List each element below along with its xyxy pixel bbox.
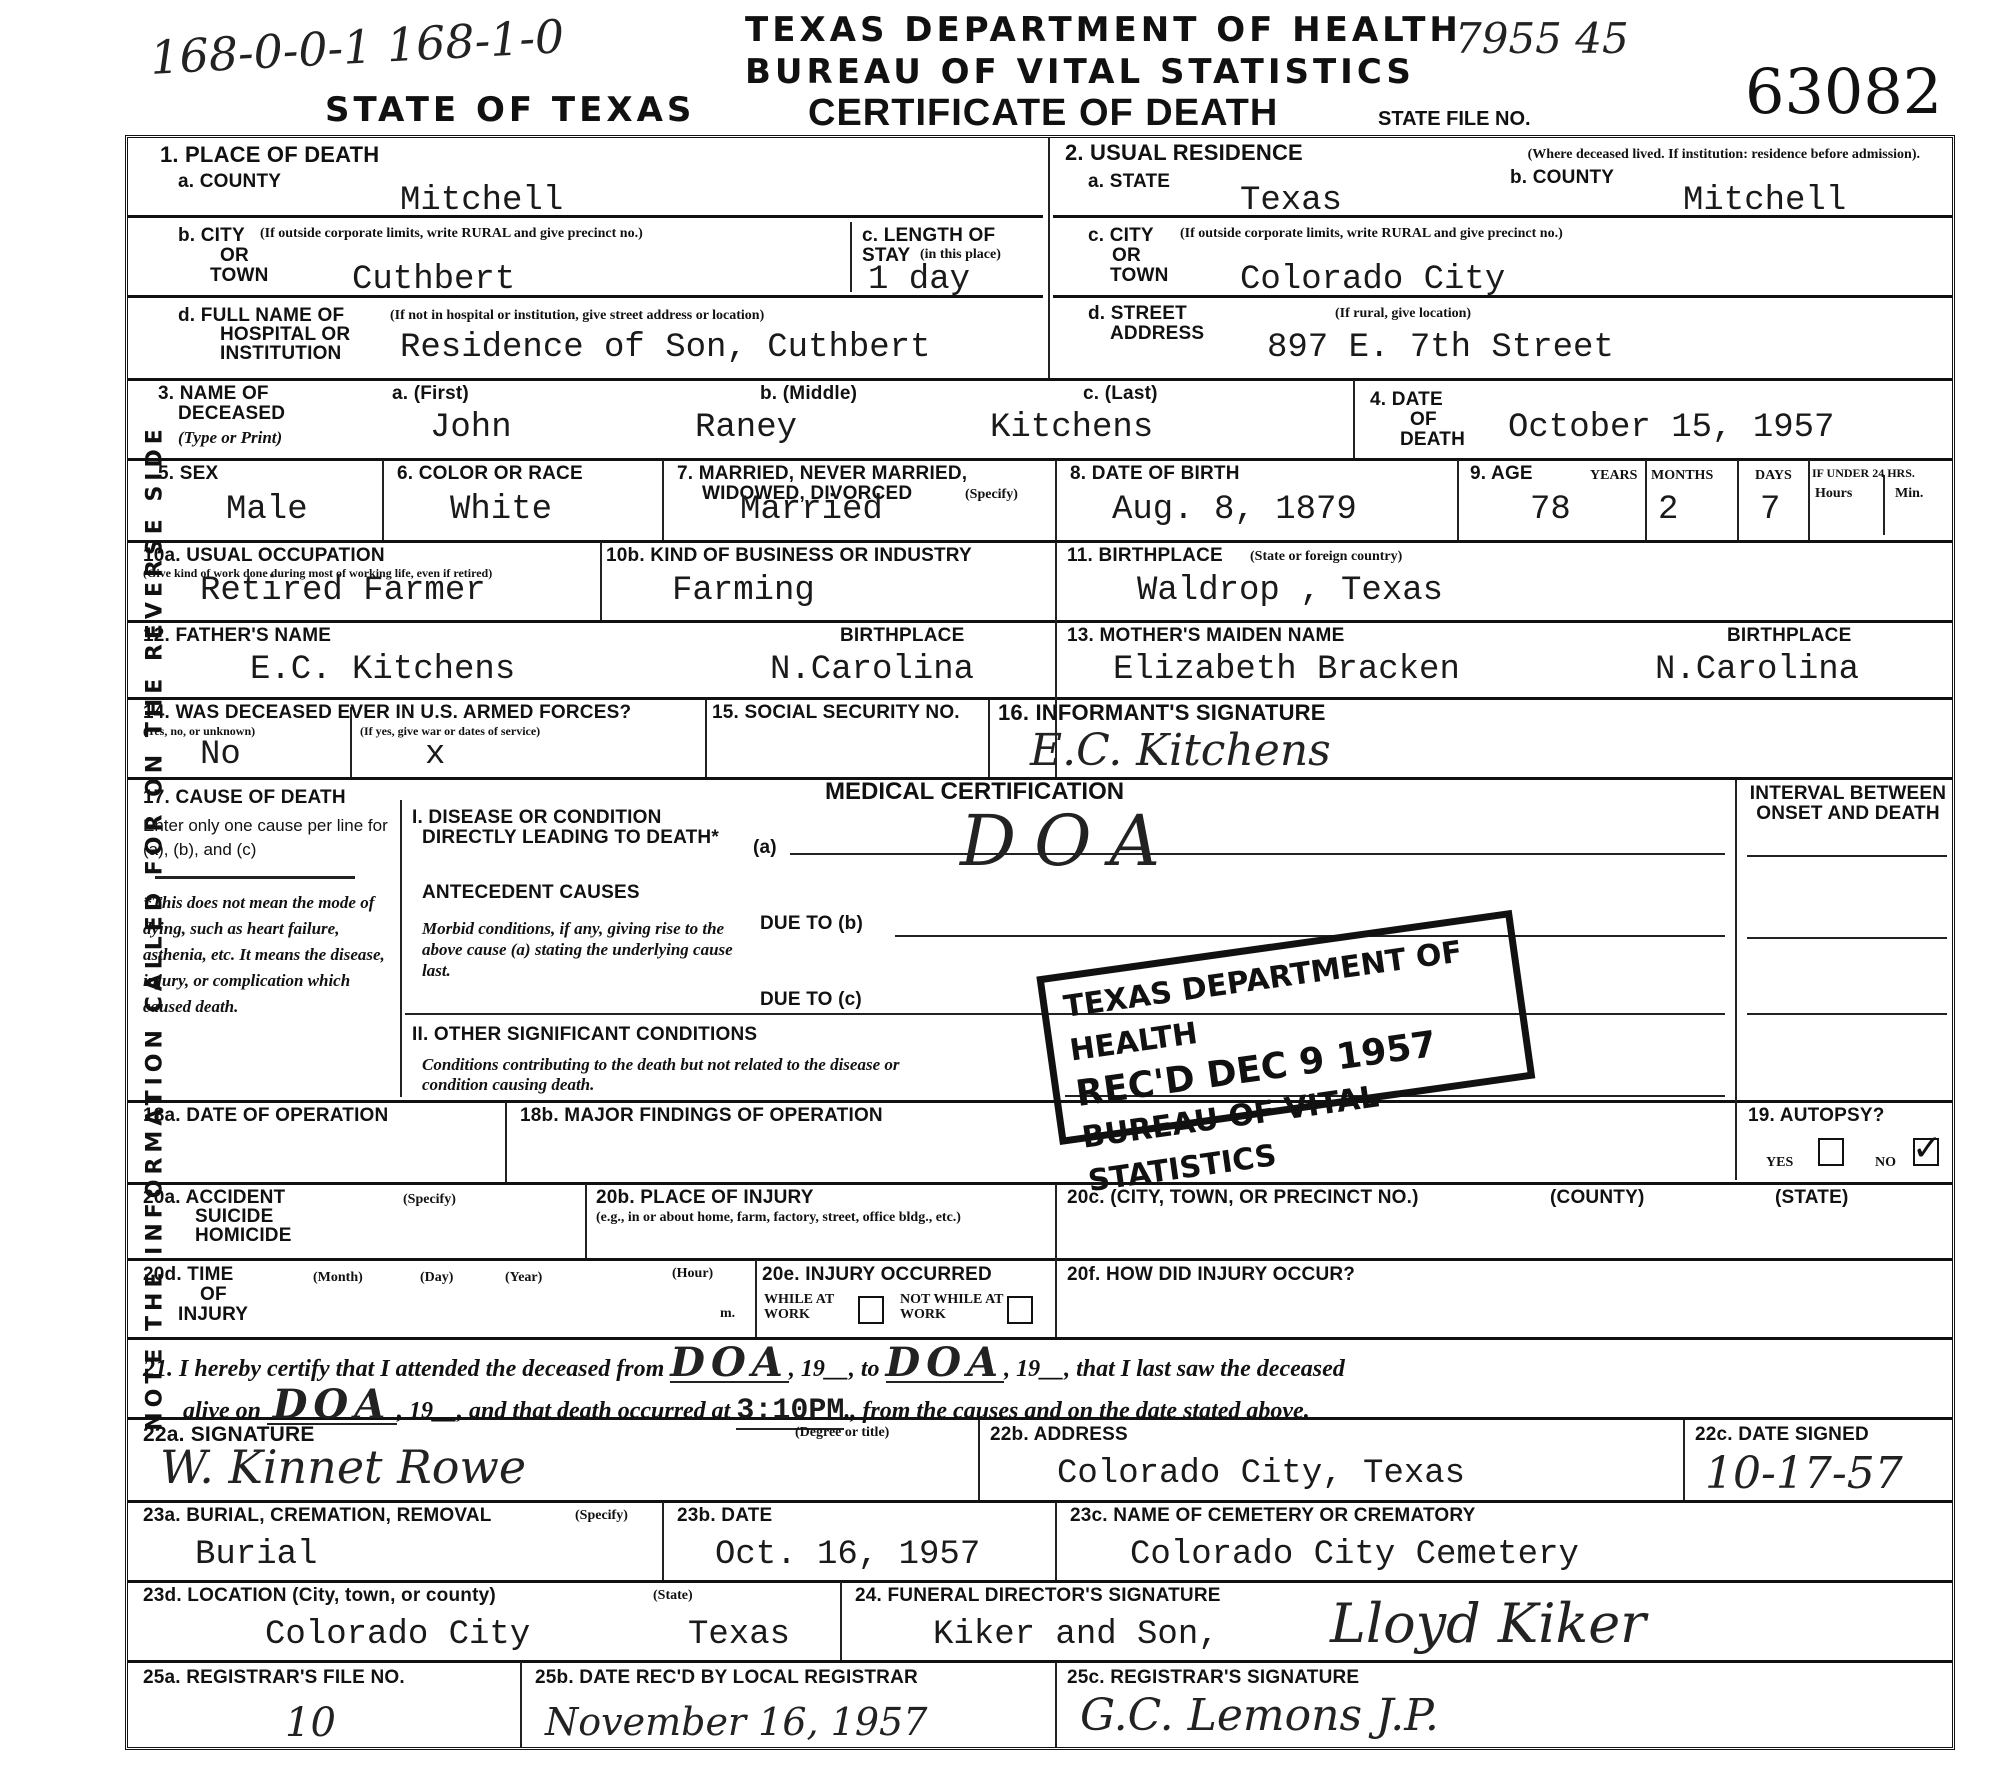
mother-name-value[interactable]: Elizabeth Bracken: [1113, 652, 1460, 688]
date-received-label: 25b. DATE REC'D BY LOCAL REGISTRAR: [535, 1668, 918, 1688]
age-months-value[interactable]: 2: [1658, 492, 1678, 528]
certify-text-6: alive on: [183, 1398, 261, 1424]
deceased-label-3: (Type or Print): [178, 428, 282, 448]
armed-forces-label: 14. WAS DECEASED EVER IN U.S. ARMED FORC…: [143, 703, 631, 723]
res-state-value[interactable]: Texas: [1240, 183, 1342, 219]
usual-residence-label: 2. USUAL RESIDENCE: [1065, 143, 1303, 163]
sex-value[interactable]: Male: [226, 492, 308, 528]
burial-date-value[interactable]: Oct. 16, 1957: [715, 1537, 980, 1573]
first-name-label: a. (First): [392, 384, 469, 404]
date-of-death-label-3: DEATH: [1400, 430, 1465, 450]
under-24-label: IF UNDER 24 HRS.: [1812, 466, 1915, 481]
funeral-director-value[interactable]: Kiker and Son,: [933, 1617, 1219, 1653]
accident-label: 20a. ACCIDENT: [143, 1188, 285, 1208]
autopsy-label: 19. AUTOPSY?: [1748, 1106, 1885, 1126]
certify-text-2: , 19: [789, 1356, 825, 1382]
due-to-b-label: DUE TO (b): [760, 914, 863, 934]
operation-date-label: 18a. DATE OF OPERATION: [143, 1106, 388, 1126]
registrar-file-label: 25a. REGISTRAR'S FILE NO.: [143, 1668, 405, 1688]
hospital-note: (If not in hospital or institution, give…: [390, 308, 764, 323]
mother-birthplace-label: BIRTHPLACE: [1727, 626, 1851, 646]
injury-time-label-3: INJURY: [178, 1305, 248, 1325]
accident-specify: (Specify): [403, 1192, 456, 1207]
hospital-label-3: INSTITUTION: [220, 344, 341, 364]
ssn-label: 15. SOCIAL SECURITY NO.: [712, 703, 960, 723]
autopsy-no-label: NO: [1875, 1155, 1896, 1170]
pod-city-note: (If outside corporate limits, write RURA…: [260, 226, 835, 241]
attended-to-value[interactable]: DOA: [886, 1345, 1005, 1383]
degree-label: (Degree or title): [795, 1425, 889, 1440]
date-of-death-label-2: OF: [1410, 410, 1437, 430]
other-conditions-note: Conditions contributing to the death but…: [422, 1055, 902, 1095]
res-city-value[interactable]: Colorado City: [1240, 262, 1505, 298]
interval-label: INTERVAL BETWEEN ONSET AND DEATH: [1748, 784, 1948, 824]
age-label: 9. AGE: [1470, 464, 1533, 484]
disease-label-2: DIRECTLY LEADING TO DEATH*: [422, 828, 719, 848]
birthplace-value[interactable]: Waldrop , Texas: [1137, 573, 1443, 609]
certify-text-3: , to: [849, 1356, 880, 1382]
other-conditions-label: II. OTHER SIGNIFICANT CONDITIONS: [412, 1025, 757, 1045]
pod-city-label: b. CITY: [178, 226, 245, 246]
cause-a-label: (a): [753, 838, 777, 858]
certify-text-8: , and that death occurred at: [457, 1398, 730, 1424]
last-name-label: c. (Last): [1083, 384, 1158, 404]
last-name-value[interactable]: Kitchens: [990, 410, 1153, 446]
cause-a-value[interactable]: DOA: [960, 800, 1178, 882]
date-received-value[interactable]: November 16, 1957: [545, 1700, 927, 1744]
burial-state-value[interactable]: Texas: [688, 1617, 790, 1653]
physician-address-label: 22b. ADDRESS: [990, 1425, 1128, 1445]
father-name-value[interactable]: E.C. Kitchens: [250, 652, 515, 688]
age-years-label: YEARS: [1590, 468, 1637, 483]
pod-city-value[interactable]: Cuthbert: [352, 262, 515, 298]
injury-day-label: (Day): [420, 1270, 453, 1285]
father-birthplace-label: BIRTHPLACE: [840, 626, 964, 646]
injury-city-label: 20c. (CITY, TOWN, OR PRECINCT NO.): [1067, 1188, 1419, 1208]
disease-label: I. DISEASE OR CONDITION: [412, 808, 662, 828]
birthplace-label: 11. BIRTHPLACE: [1067, 546, 1223, 566]
state-title: STATE OF TEXAS: [325, 90, 695, 130]
injury-county-label: (COUNTY): [1550, 1188, 1644, 1208]
res-city-label: c. CITY: [1088, 226, 1154, 246]
middle-name-label: b. (Middle): [760, 384, 857, 404]
service-value[interactable]: x: [425, 737, 445, 773]
armed-forces-value[interactable]: No: [200, 737, 241, 773]
date-of-death-value[interactable]: October 15, 1957: [1508, 410, 1834, 446]
not-while-at-work-checkbox[interactable]: [1007, 1296, 1033, 1324]
min-label: Min.: [1895, 486, 1923, 501]
res-state-label: a. STATE: [1088, 172, 1170, 192]
cause-footnote: *This does not mean the mode of dying, s…: [143, 890, 388, 1020]
homicide-label: HOMICIDE: [195, 1226, 292, 1246]
informant-signature-label: 16. INFORMANT'S SIGNATURE: [998, 703, 1326, 723]
funeral-director-label: 24. FUNERAL DIRECTOR'S SIGNATURE: [855, 1586, 1221, 1606]
business-value[interactable]: Farming: [672, 573, 815, 609]
cause-of-death-label: 17. CAUSE OF DEATH: [143, 788, 346, 808]
injury-place-label: 20b. PLACE OF INJURY: [596, 1188, 814, 1208]
hours-label: Hours: [1815, 486, 1852, 501]
business-label: 10b. KIND OF BUSINESS OR INDUSTRY: [606, 546, 972, 566]
physician-signature[interactable]: W. Kinnet Rowe: [160, 1440, 526, 1494]
while-at-work-label: WHILE AT WORK: [764, 1292, 854, 1322]
first-name-value[interactable]: John: [430, 410, 512, 446]
cemetery-value[interactable]: Colorado City Cemetery: [1130, 1537, 1579, 1573]
service-note: (If yes, give war or dates of service): [360, 724, 540, 739]
autopsy-no-checkmark: ✓: [1912, 1128, 1942, 1169]
physician-address-value[interactable]: Colorado City, Texas: [1057, 1456, 1465, 1492]
pod-city-or: OR: [220, 246, 249, 266]
length-of-stay-value[interactable]: 1 day: [868, 262, 970, 298]
burial-value[interactable]: Burial: [195, 1537, 317, 1573]
pod-county-value[interactable]: Mitchell: [400, 183, 563, 219]
marital-value[interactable]: Married: [740, 492, 883, 528]
age-months-label: MONTHS: [1651, 468, 1713, 483]
mother-name-label: 13. MOTHER'S MAIDEN NAME: [1067, 626, 1344, 646]
age-days-label: DAYS: [1755, 468, 1792, 483]
injury-m-label: m.: [720, 1306, 735, 1321]
marital-specify: (Specify): [965, 487, 1018, 502]
registrar-file-value[interactable]: 10: [285, 1700, 336, 1746]
father-name-label: 12. FATHER'S NAME: [143, 626, 331, 646]
cause-instructions: Enter only one cause per line for (a), (…: [143, 814, 388, 862]
attended-from-value[interactable]: DOA: [670, 1345, 789, 1383]
injury-time-label: 20d. TIME: [143, 1265, 233, 1285]
race-value[interactable]: White: [450, 492, 552, 528]
injury-occurred-label: 20e. INJURY OCCURRED: [762, 1265, 992, 1285]
marital-label: 7. MARRIED, NEVER MARRIED,: [677, 464, 967, 484]
age-years-value[interactable]: 78: [1530, 492, 1571, 528]
department-title: TEXAS DEPARTMENT OF HEALTH: [745, 10, 1462, 50]
pod-city-town: TOWN: [210, 266, 269, 286]
burial-specify: (Specify): [575, 1508, 628, 1523]
res-street-value[interactable]: 897 E. 7th Street: [1267, 330, 1614, 366]
due-to-c-label: DUE TO (c): [760, 990, 862, 1010]
mother-birthplace-value[interactable]: N.Carolina: [1655, 652, 1859, 688]
alive-on-value[interactable]: DOA: [267, 1387, 397, 1425]
injury-state-label: (STATE): [1775, 1188, 1849, 1208]
operation-findings-label: 18b. MAJOR FINDINGS OF OPERATION: [520, 1106, 883, 1126]
injury-place-note: (e.g., in or about home, farm, factory, …: [596, 1210, 1036, 1225]
deceased-label-2: DECEASED: [178, 404, 285, 424]
bureau-title: BUREAU OF VITAL STATISTICS: [745, 52, 1415, 92]
hospital-value[interactable]: Residence of Son, Cuthbert: [400, 330, 931, 366]
certify-text-4: , 19: [1004, 1356, 1040, 1382]
res-city-note: (If outside corporate limits, write RURA…: [1180, 226, 1563, 241]
hospital-label: d. FULL NAME OF: [178, 306, 344, 326]
sex-label: 5. SEX: [158, 464, 218, 484]
handwritten-code-left: 168-0-0-1 168-1-0: [149, 9, 566, 85]
burial-location-label: 23d. LOCATION (City, town, or county): [143, 1586, 496, 1606]
cemetery-label: 23c. NAME OF CEMETERY OR CREMATORY: [1070, 1506, 1476, 1526]
informant-signature[interactable]: E.C. Kitchens: [1030, 725, 1331, 776]
father-birthplace-value[interactable]: N.Carolina: [770, 652, 974, 688]
res-county-value[interactable]: Mitchell: [1683, 183, 1846, 219]
injury-month-label: (Month): [313, 1270, 363, 1285]
funeral-director-signature[interactable]: Lloyd Kiker: [1330, 1592, 1646, 1655]
burial-location-value[interactable]: Colorado City: [265, 1617, 530, 1653]
certificate-title: CERTIFICATE OF DEATH: [808, 92, 1278, 135]
res-city-town: TOWN: [1110, 266, 1169, 286]
certify-text-1: 21. I hereby certify that I attended the…: [143, 1356, 664, 1382]
dob-label: 8. DATE OF BIRTH: [1070, 464, 1240, 484]
how-injury-label: 20f. HOW DID INJURY OCCUR?: [1067, 1265, 1355, 1285]
length-of-stay-note: (in this place): [920, 247, 1001, 262]
race-label: 6. COLOR OR RACE: [397, 464, 583, 484]
injury-time-label-2: OF: [200, 1285, 227, 1305]
date-signed-label: 22c. DATE SIGNED: [1695, 1425, 1869, 1445]
while-at-work-checkbox[interactable]: [858, 1296, 884, 1324]
antecedent-label: ANTECEDENT CAUSES: [422, 883, 640, 903]
hospital-label-2: HOSPITAL OR: [220, 325, 350, 345]
burial-date-label: 23b. DATE: [677, 1506, 772, 1526]
date-signed-value[interactable]: 10-17-57: [1705, 1448, 1903, 1499]
state-file-label: STATE FILE NO.: [1378, 108, 1531, 131]
handwritten-code-right: 7955 45: [1455, 14, 1629, 63]
res-street-label-2: ADDRESS: [1110, 324, 1204, 344]
age-days-value[interactable]: 7: [1760, 492, 1780, 528]
res-city-or: OR: [1112, 246, 1141, 266]
certification-statement: 21. I hereby certify that I attended the…: [143, 1345, 1943, 1429]
usual-residence-note: (Where deceased lived. If institution: r…: [1400, 147, 1920, 162]
not-while-at-work-label: NOT WHILE AT WORK: [900, 1292, 1005, 1322]
place-of-death-label: 1. PLACE OF DEATH: [160, 145, 379, 165]
injury-hour-label: (Hour): [672, 1266, 713, 1281]
middle-name-value[interactable]: Raney: [695, 410, 797, 446]
res-street-note: (If rural, give location): [1335, 306, 1471, 321]
suicide-label: SUICIDE: [195, 1207, 273, 1227]
dob-value[interactable]: Aug. 8, 1879: [1112, 492, 1357, 528]
certify-text-7: , 19: [397, 1398, 433, 1424]
occupation-label: 10a. USUAL OCCUPATION: [143, 546, 385, 566]
occupation-value[interactable]: Retired Farmer: [200, 573, 486, 609]
autopsy-yes-checkbox[interactable]: [1818, 1138, 1844, 1166]
registrar-signature[interactable]: G.C. Lemons J.P.: [1080, 1690, 1439, 1741]
burial-label: 23a. BURIAL, CREMATION, REMOVAL: [143, 1506, 492, 1526]
state-file-number: 63082: [1745, 55, 1942, 128]
pod-county-label: a. COUNTY: [178, 172, 281, 192]
certify-text-9: ., from the causes and on the date state…: [844, 1398, 1309, 1424]
antecedent-note: Morbid conditions, if any, giving rise t…: [422, 918, 762, 981]
date-of-death-label: 4. DATE: [1370, 390, 1443, 410]
res-street-label: d. STREET: [1088, 304, 1187, 324]
deceased-label: 3. NAME OF: [158, 384, 269, 404]
res-county-label: b. COUNTY: [1510, 168, 1614, 188]
birthplace-note: (State or foreign country): [1250, 549, 1402, 564]
autopsy-yes-label: YES: [1766, 1155, 1793, 1170]
injury-year-label: (Year): [505, 1270, 542, 1285]
burial-state-label: (State): [653, 1588, 693, 1603]
certify-text-5: , that I last saw the deceased: [1064, 1356, 1345, 1382]
registrar-signature-label: 25c. REGISTRAR'S SIGNATURE: [1067, 1668, 1359, 1688]
